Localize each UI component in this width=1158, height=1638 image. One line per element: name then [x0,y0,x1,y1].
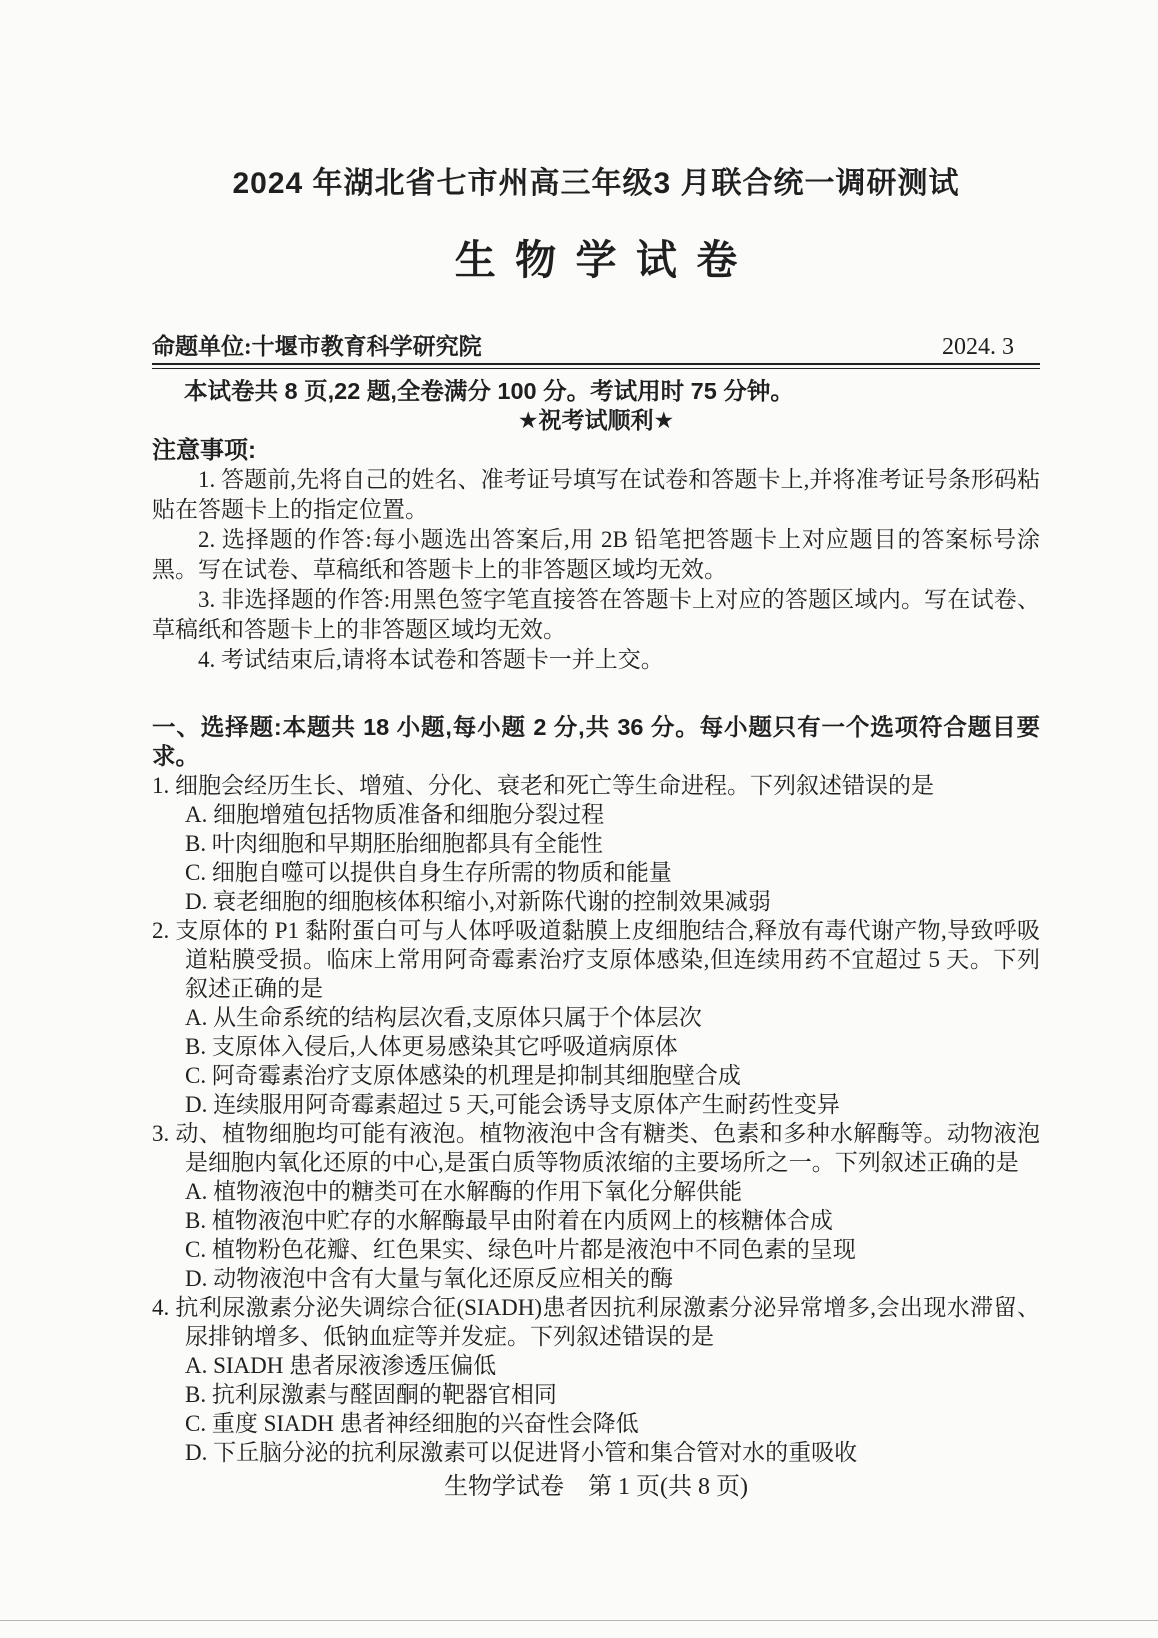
issuer-row: 命题单位:十堰市教育科学研究院 2024. 3 [152,328,1040,358]
question-4-option-c: C. 重度 SIADH 患者神经细胞的兴奋性会降低 [152,1409,1040,1438]
question-3: 3. 动、植物细胞均可能有液泡。植物液泡中含有糖类、色素和多种水解酶等。动物液泡… [152,1119,1040,1293]
question-3-option-b: B. 植物液泡中贮存的水解酶最早由附着在内质网上的核糖体合成 [152,1206,1040,1235]
question-4-option-a: A. SIADH 患者尿液渗透压偏低 [152,1351,1040,1380]
question-3-stem: 3. 动、植物细胞均可能有液泡。植物液泡中含有糖类、色素和多种水解酶等。动物液泡… [152,1119,1040,1177]
note-item-3: 3. 非选择题的作答:用黑色签字笔直接答在答题卡上对应的答题区域内。写在试卷、草… [152,585,1040,645]
question-4: 4. 抗利尿激素分泌失调综合征(SIADH)患者因抗利尿激素分泌异常增多,会出现… [152,1293,1040,1467]
question-3-option-d: D. 动物液泡中含有大量与氧化还原反应相关的酶 [152,1264,1040,1293]
question-2-option-c: C. 阿奇霉素治疗支原体感染的机理是抑制其细胞壁合成 [152,1061,1040,1090]
page-content: 2024 年湖北省七市州高三年级3 月联合统一调研测试 生 物 学 试 卷 命题… [152,0,1040,1501]
question-4-stem: 4. 抗利尿激素分泌失调综合征(SIADH)患者因抗利尿激素分泌异常增多,会出现… [152,1293,1040,1351]
question-4-option-d: D. 下丘脑分泌的抗利尿激素可以促进肾小管和集合管对水的重吸收 [152,1438,1040,1467]
question-4-option-b: B. 抗利尿激素与醛固酮的靶器官相同 [152,1380,1040,1409]
subject-title: 生 物 学 试 卷 [152,232,1040,288]
double-rule-divider [152,363,1040,369]
note-item-4: 4. 考试结束后,请将本试卷和答题卡一并上交。 [152,645,1040,675]
note-item-1: 1. 答题前,先将自己的姓名、准考证号填写在试卷和答题卡上,并将准考证号条形码粘… [152,465,1040,525]
question-1-option-b: B. 叶肉细胞和早期胚胎细胞都具有全能性 [152,829,1040,858]
question-2-option-a: A. 从生命系统的结构层次看,支原体只属于个体层次 [152,1003,1040,1032]
scan-edge-line [0,1620,1158,1621]
note-item-2: 2. 选择题的作答:每小题选出答案后,用 2B 铅笔把答题卡上对应题目的答案标号… [152,525,1040,585]
question-3-option-a: A. 植物液泡中的糖类可在水解酶的作用下氧化分解供能 [152,1177,1040,1206]
paper-info: 本试卷共 8 页,22 题,全卷满分 100 分。考试用时 75 分钟。 [152,377,1040,405]
question-1-option-d: D. 衰老细胞的细胞核体积缩小,对新陈代谢的控制效果减弱 [152,887,1040,916]
notes-title: 注意事项: [152,437,1040,465]
question-3-option-c: C. 植物粉色花瓣、红色果实、绿色叶片都是液泡中不同色素的呈现 [152,1235,1040,1264]
page-footer: 生物学试卷 第 1 页(共 8 页) [152,1473,1040,1501]
issue-date: 2024. 3 [942,334,1040,361]
exam-wish: ★祝考试顺利★ [152,407,1040,433]
question-1-option-a: A. 细胞增殖包括物质准备和细胞分裂过程 [152,800,1040,829]
question-1-option-c: C. 细胞自噬可以提供自身生存所需的物质和能量 [152,858,1040,887]
issuer-label: 命题单位:十堰市教育科学研究院 [152,328,482,361]
section-1-heading: 一、选择题:本题共 18 小题,每小题 2 分,共 36 分。每小题只有一个选项… [152,713,1040,771]
question-2-option-d: D. 连续服用阿奇霉素超过 5 天,可能会诱导支原体产生耐药性变异 [152,1090,1040,1119]
question-2: 2. 支原体的 P1 黏附蛋白可与人体呼吸道黏膜上皮细胞结合,释放有毒代谢产物,… [152,916,1040,1119]
question-1: 1. 细胞会经历生长、增殖、分化、衰老和死亡等生命进程。下列叙述错误的是 A. … [152,771,1040,916]
exam-title: 2024 年湖北省七市州高三年级3 月联合统一调研测试 [152,162,1040,206]
question-2-stem: 2. 支原体的 P1 黏附蛋白可与人体呼吸道黏膜上皮细胞结合,释放有毒代谢产物,… [152,916,1040,1003]
exam-paper-page: 2024 年湖北省七市州高三年级3 月联合统一调研测试 生 物 学 试 卷 命题… [0,0,1158,1638]
question-2-option-b: B. 支原体入侵后,人体更易感染其它呼吸道病原体 [152,1032,1040,1061]
question-1-stem: 1. 细胞会经历生长、增殖、分化、衰老和死亡等生命进程。下列叙述错误的是 [152,771,1040,800]
